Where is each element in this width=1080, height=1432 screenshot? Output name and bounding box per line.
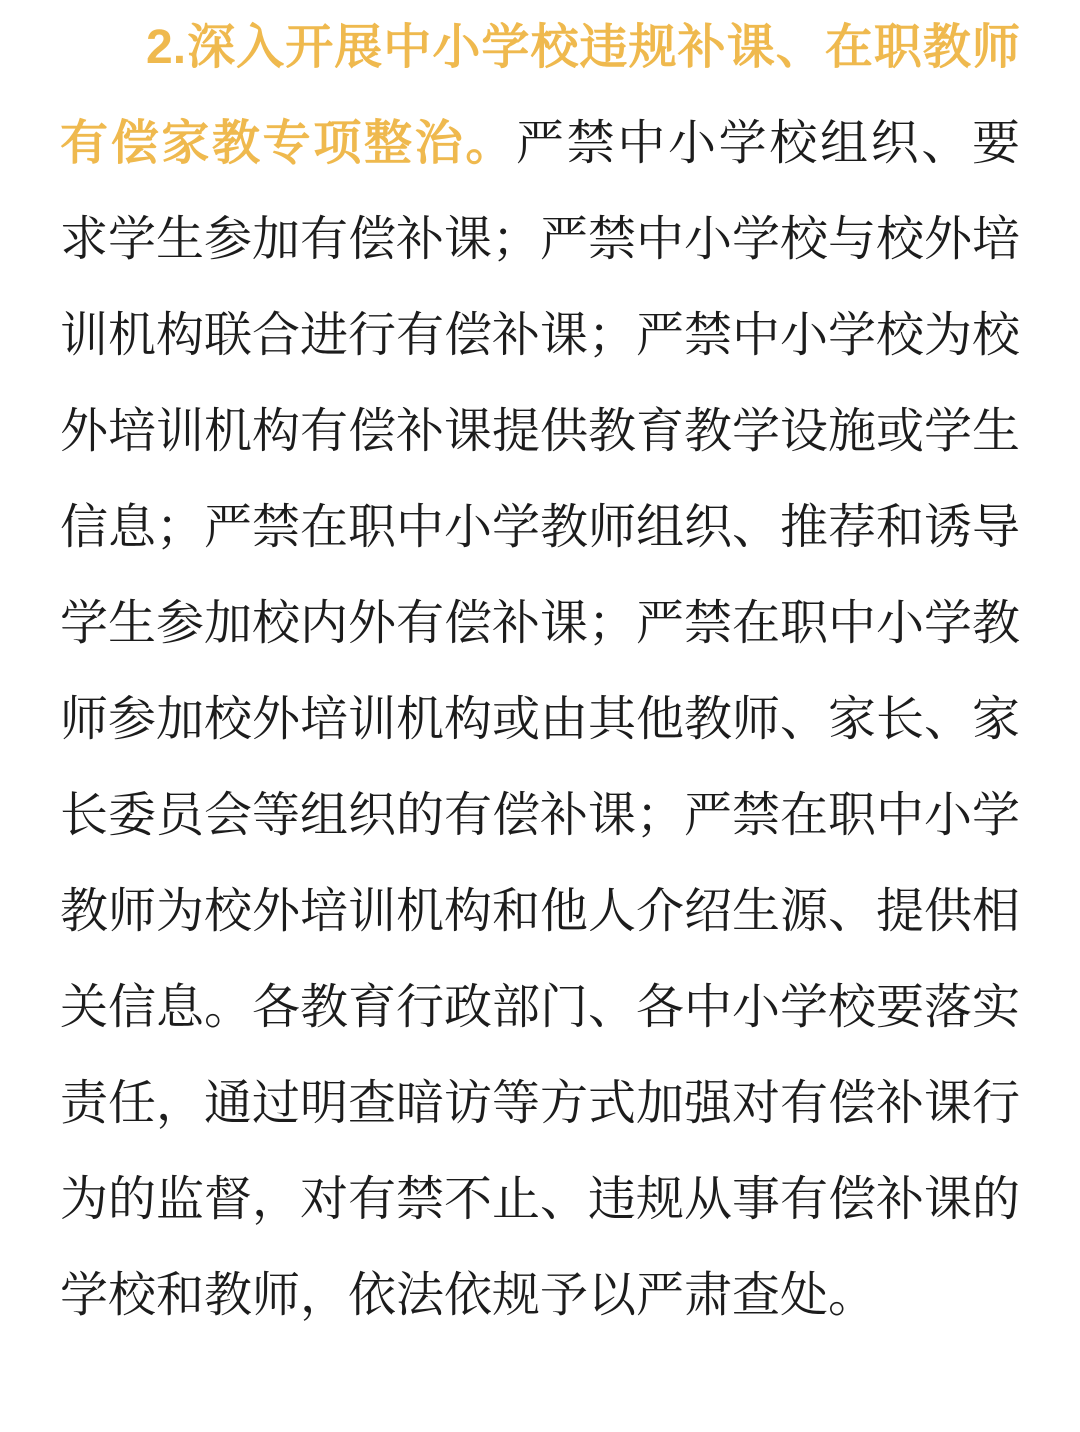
paragraph-body: 严禁中小学校组织、要求学生参加有偿补课；严禁中小学校与校外培训机构联合进行有偿补…: [60, 117, 1020, 1322]
notice-page: 2.深入开展中小学校违规补课、在职教师有偿家教专项整治。严禁中小学校组织、要求学…: [0, 0, 1080, 1344]
notice-paragraph: 2.深入开展中小学校违规补课、在职教师有偿家教专项整治。严禁中小学校组织、要求学…: [60, 0, 1020, 1344]
